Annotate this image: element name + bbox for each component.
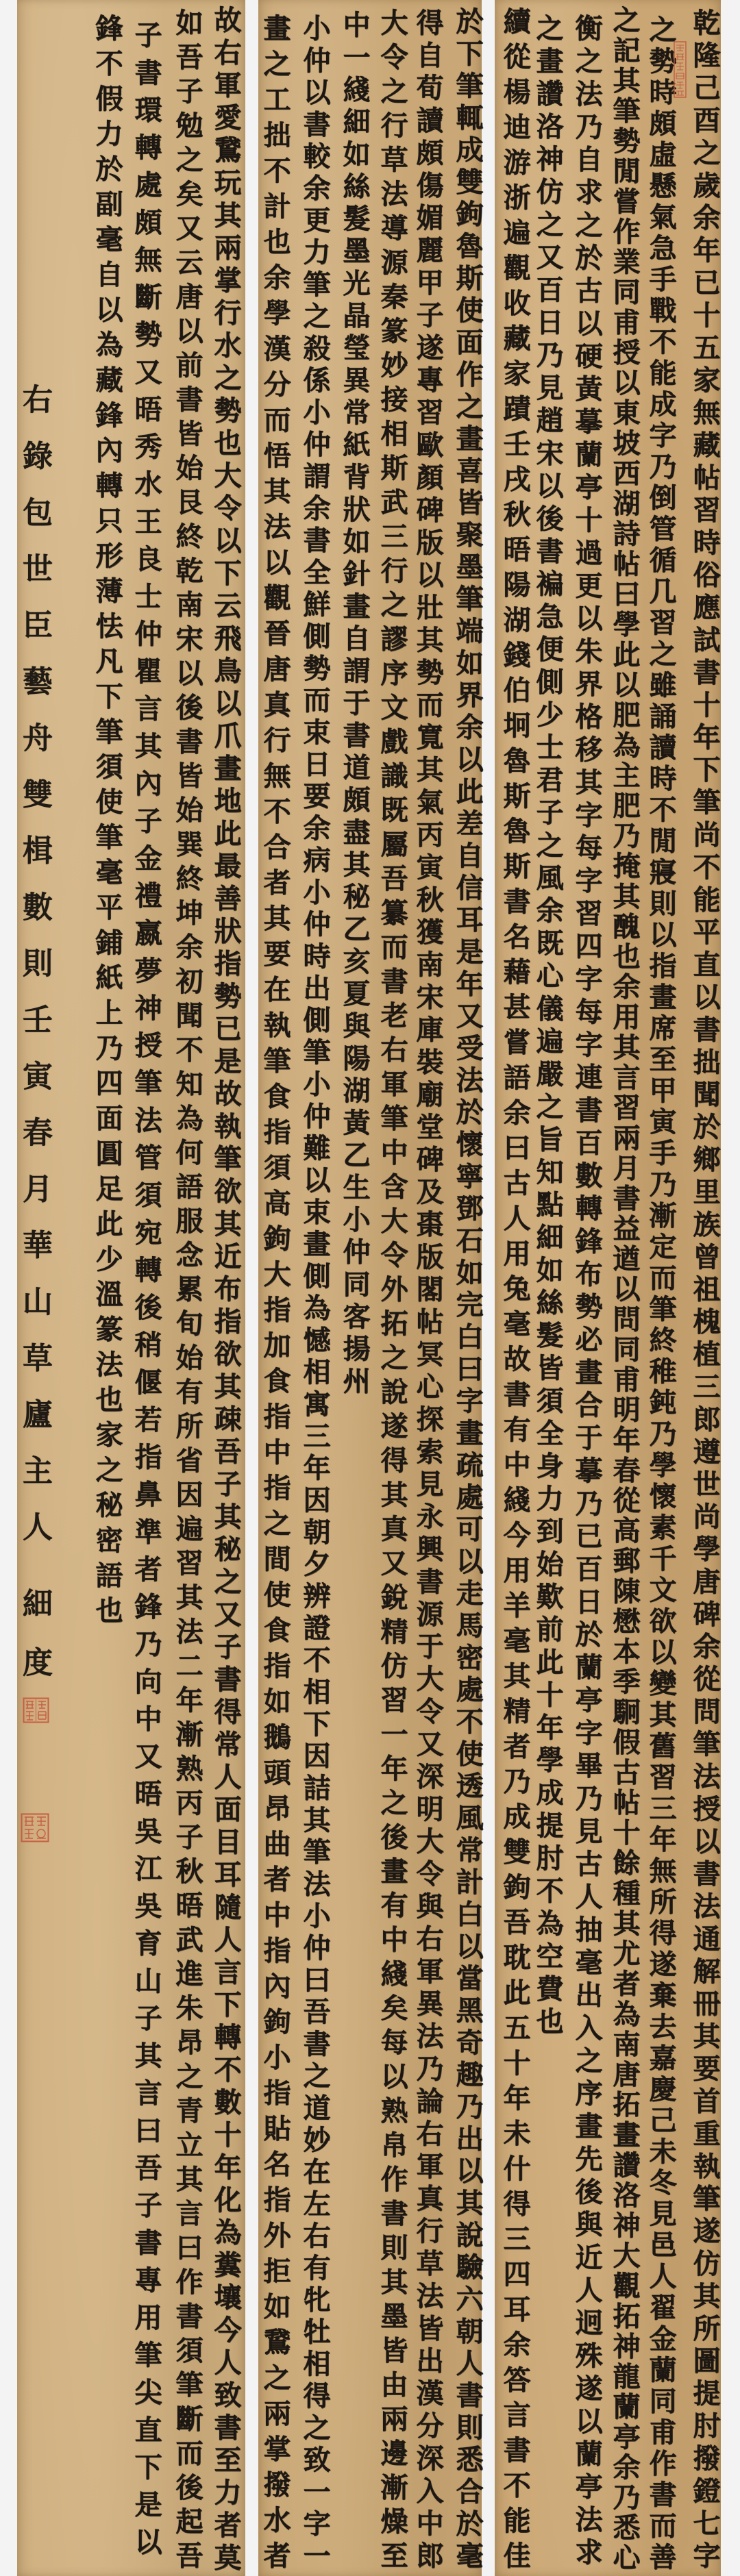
text-column: 子書環轉處頗無斷勢又晤秀水王良士仲瞿言其內子金禮嬴夢神授筆法管須宛轉後稍偃若指鼻… — [129, 21, 162, 2555]
text-column: 衡之法乃自求之於古以硬黃摹蘭亭十過更以朱界格移其字每字習四字每字連書百數轉鋒布勢… — [570, 14, 603, 2565]
artist-signature: 細度 — [17, 1588, 51, 1677]
colophon-title: 右錄包世臣藝舟雙楫數則 — [17, 384, 52, 1003]
text-column: 於下筆輒成雙鉤魯斯使面作之畫喜皆聚墨筆端如界余以此差自信耳是年又受法於懷寧鄧石如… — [451, 7, 484, 2568]
scroll-panel-right: 乾隆己酉之歲余年已十五家無藏帖習時俗應試書十年下筆尚不能平直以書拙聞於鄉里族曾祖… — [495, 0, 721, 2576]
text-column: 續從楊迪游浙遍觀收藏家蹟壬戌秋晤陽湖錢伯坰魯斯魯斯書名藉甚嘗語余曰古人用兔毫故書… — [498, 7, 531, 2568]
scroll-panel-middle: 於下筆輒成雙鉤魯斯使面作之畫喜皆聚墨筆端如界余以此差自信耳是年又受法於懷寧鄧石如… — [258, 0, 482, 2576]
colophon-date: 壬寅春月 — [17, 1003, 52, 1229]
colophon-studio-name: 華山草廬主人 — [17, 1229, 52, 1542]
seal-stamp — [674, 41, 687, 98]
text-column: 大令之行草法導源秦篆妙接相斯武三行之謬序文戲識既屬吾纂而書老右軍筆中含大令外拓之… — [375, 8, 408, 2568]
text-column: 之記其筆勢閒嘗作業同甫授以東坡西湖詩帖曰學此以肥為主肥乃掩其醜也余用其言習兩月書… — [608, 5, 641, 2571]
text-column: 之畫讚洛神仿之又百日乃見趙宋以後書褊急便側少士君子之風余既心儀遍嚴之旨知點細如絲… — [531, 14, 564, 2034]
text-column: 中一綫細如絲髮墨光晶瑩異常紙背狀如針畫自謂于書道頗盡其秘乙亥夏與陽湖黃乙生小仲同… — [338, 10, 371, 1394]
text-column: 之勢時頗虛懸氣急手戰不能成字乃倒管循几習之雖誦讀時不閒寢則以指畫席至甲寅手乃漸定… — [644, 15, 677, 2570]
text-column: 得自荀讀頗傷媚麗甲子遂專習歐顏碑版以壯其勢而寬其氣丙寅秋獲南宋庫裝廟堂碑及棗版閣… — [411, 8, 444, 2568]
seal-stamp — [21, 1813, 49, 1842]
scroll-panel-left: 故右軍愛鵞玩其兩掌行水之勢也大令以下云飛鳥以爪畫地此最善狀指勢已是故執筆欲其近布… — [17, 0, 245, 2576]
text-column: 如吾子勉之矣又云唐以前書皆始艮終乾南宋以後書皆始巽終坤余初聞不知為何語服念累旬始… — [171, 8, 203, 2568]
text-column: 畫之工拙不計也余學漢分而悟其法以觀晉唐真行無不合者其要在執筆食指須高鉤大指加食指… — [258, 14, 291, 2568]
text-column: 鋒不假力於副毫自以為藏鋒內轉只形薄怯凡下筆須使筆毫平鋪紙上乃四面圓足此少溫篆法也… — [90, 14, 123, 1623]
colophon-inscription: 右錄包世臣藝舟雙楫數則壬寅春月華山草廬主人 — [17, 384, 51, 1541]
text-column: 乾隆己酉之歲余年已十五家無藏帖習時俗應試書十年下筆尚不能平直以書拙聞於鄉里族曾祖… — [688, 8, 721, 2568]
text-column: 小仲以書較余更力筆之殺係小仲謂余書全鮮側勢而束日要余病小仲時出側筆小仲難以束畫側… — [298, 14, 331, 2568]
seal-stamp — [23, 1697, 49, 1723]
text-column: 故右軍愛鵞玩其兩掌行水之勢也大令以下云飛鳥以爪畫地此最善狀指勢已是故執筆欲其近布… — [209, 5, 242, 2571]
